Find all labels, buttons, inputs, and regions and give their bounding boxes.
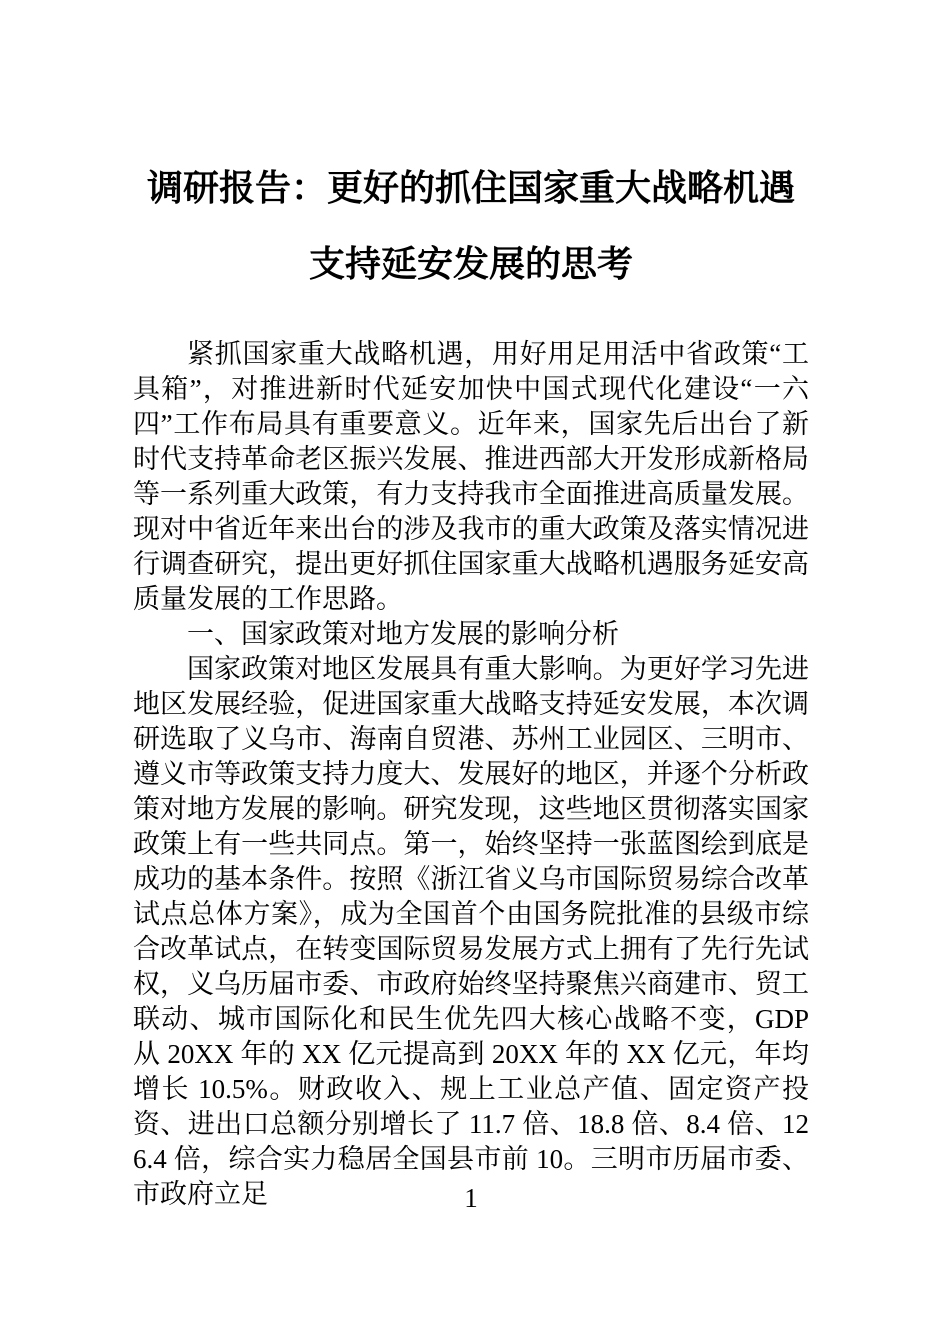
document-title: 调研报告：更好的抓住国家重大战略机遇 支持延安发展的思考 xyxy=(133,150,809,302)
section-heading-1: 一、国家政策对地方发展的影响分析 xyxy=(133,617,809,652)
paragraph-intro: 紧抓国家重大战略机遇，用好用足用活中省政策“工具箱”，对推进新时代延安加快中国式… xyxy=(133,337,809,617)
document-body: 紧抓国家重大战略机遇，用好用足用活中省政策“工具箱”，对推进新时代延安加快中国式… xyxy=(133,337,809,1212)
document-page: 调研报告：更好的抓住国家重大战略机遇 支持延安发展的思考 紧抓国家重大战略机遇，… xyxy=(0,0,950,1344)
document-title-line2: 支持延安发展的思考 xyxy=(133,226,809,302)
document-title-line1: 调研报告：更好的抓住国家重大战略机遇 xyxy=(133,150,809,226)
page-number: 1 xyxy=(133,1182,809,1214)
paragraph-section-1: 国家政策对地区发展具有重大影响。为更好学习先进地区发展经验，促进国家重大战略支持… xyxy=(133,652,809,1212)
